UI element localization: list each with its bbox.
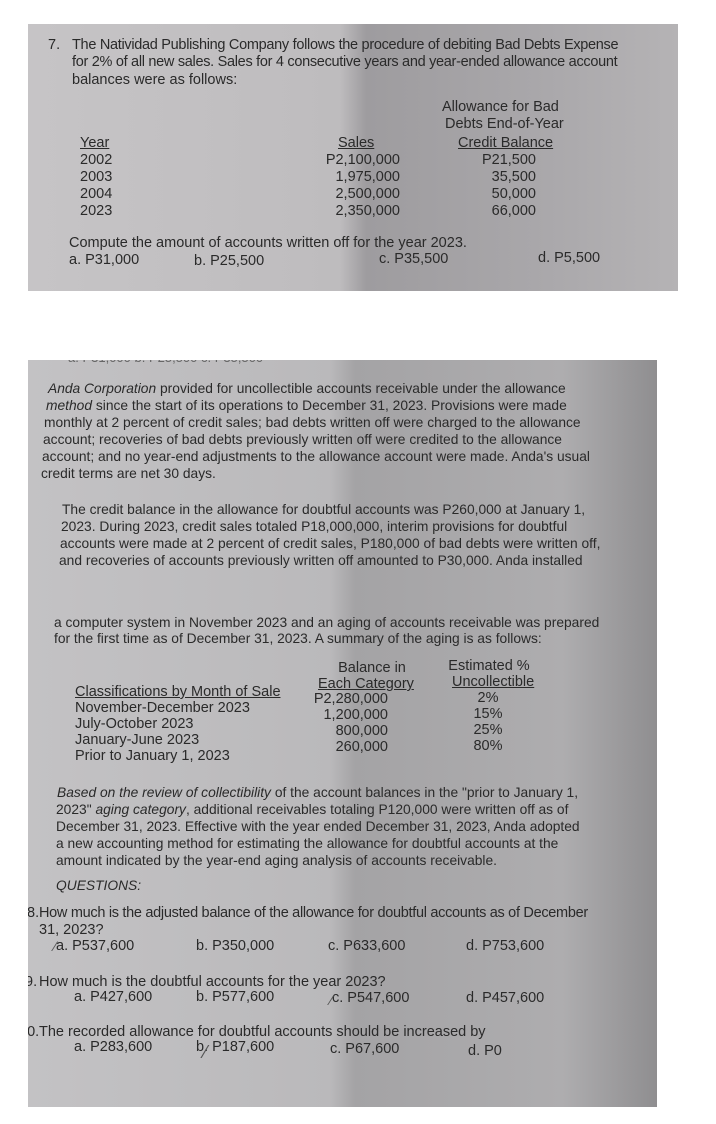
row-balance: 35,500 [448,169,536,186]
p4-line1: Based on the review of collectibility of… [57,784,578,801]
row-balance: 50,000 [448,186,536,203]
aging-class: July-October 2023 [75,716,193,733]
header-balance-l1: Balance in [312,660,432,677]
p2-line2: 2023. During 2023, credit sales totaled … [61,518,567,535]
q7-text-line1: The Natividad Publishing Company follows… [72,37,618,54]
questions-label: QUESTIONS: [56,877,141,894]
q7-choice-c: c. P35,500 [379,251,448,268]
q9-choice-b: b. P577,600 [196,989,274,1006]
check-mark-icon: ⁄ [330,992,332,1008]
q7-text-line2: for 2% of all new sales. Sales for 4 con… [72,54,617,71]
q7-text-line3: balances were as follows: [72,72,237,89]
header-allowance-l3: Credit Balance [458,135,553,152]
q8-choice-c: c. P633,600 [328,938,405,955]
row-year: 2002 [80,152,112,169]
aging-pct: 2% [458,690,518,707]
q7-choice-a: a. P31,000 [69,252,139,269]
intro-line6: credit terms are net 30 days. [41,465,216,482]
aging-class: November-December 2023 [75,700,250,717]
p3-line2: for the first time as of December 31, 20… [54,630,542,647]
q9-number: 9. [28,974,37,991]
q10-choice-a: a. P283,600 [74,1039,152,1056]
intro-line2: method since the start of its operations… [46,397,567,414]
q9-choice-a: a. P427,600 [74,989,152,1006]
q9-choice-d: d. P457,600 [466,990,544,1007]
q8-text-line2: 31, 2023? [39,922,104,939]
aging-pct: 80% [458,738,518,755]
anda-case-photo: a. P31,000 b. P25,500 c. P35,500 Anda Co… [28,360,657,1107]
header-pct-l2: Uncollectible [452,674,534,691]
row-year: 2003 [80,169,112,186]
q10-choice-b: b. P187,600 [196,1039,274,1056]
q7-choice-b: b. P25,500 [194,253,264,270]
p4-line4: a new accounting method for estimating t… [56,835,558,852]
check-mark-icon: ⁄ [204,1042,207,1063]
intro-line1: Anda Corporation provided for uncollecti… [48,380,566,397]
aging-balance: 800,000 [278,723,388,740]
row-sales: 1,975,000 [290,169,400,186]
header-class: Classifications by Month of Sale [75,684,281,701]
header-pct-l1: Estimated % [434,658,544,675]
aging-pct: 25% [458,722,518,739]
aging-balance: 260,000 [278,739,388,756]
row-sales: P2,100,000 [290,152,400,169]
row-year: 2023 [80,203,112,220]
row-balance: 66,000 [448,203,536,220]
row-balance: P21,500 [448,152,536,169]
header-allowance-l2: Debts End-of-Year [445,116,564,133]
aging-class: January-June 2023 [75,732,199,749]
q8-choice-d: d. P753,600 [466,938,544,955]
q10-choice-c: c. P67,600 [330,1041,399,1058]
aging-balance: 1,200,000 [278,707,388,724]
q8-choice-a: a. P537,600 [56,938,134,955]
row-year: 2004 [80,186,112,203]
q7-choice-d: d. P5,500 [538,250,600,267]
p4-line2: 2023" aging category, additional receiva… [56,801,568,818]
cutoff-previous-choices: a. P31,000 b. P25,500 c. P35,500 [68,360,263,366]
intro-line5: account; and no year-end adjustments to … [42,448,590,465]
aging-pct: 15% [458,706,518,723]
intro-line4: account; recoveries of bad debts previou… [43,431,562,448]
aging-balance: P2,280,000 [278,691,388,708]
q8-number: 8. [28,905,39,922]
q7-prompt: Compute the amount of accounts written o… [69,235,467,252]
check-mark-icon: ⁄ [54,938,56,954]
p2-line4: and recoveries of accounts previously wr… [59,552,583,569]
p4-line3: December 31, 2023. Effective with the ye… [56,818,580,835]
p4-line5: amount indicated by the year-end aging a… [56,852,497,869]
p3-line1: a computer system in November 2023 and a… [54,614,599,631]
q7-number: 7. [48,37,60,54]
p2-line3: accounts were made at 2 percent of credi… [60,535,600,552]
header-year: Year [80,135,109,152]
q8-choice-b: b. P350,000 [196,938,274,955]
header-allowance-l1: Allowance for Bad [442,99,559,116]
row-sales: 2,500,000 [290,186,400,203]
p2-line1: The credit balance in the allowance for … [62,501,585,518]
intro-line3: monthly at 2 percent of credit sales; ba… [44,414,581,431]
q9-choice-c: c. P547,600 [332,990,409,1007]
row-sales: 2,350,000 [290,203,400,220]
aging-class: Prior to January 1, 2023 [75,748,230,765]
question-7-photo: 7. The Natividad Publishing Company foll… [28,24,678,291]
q10-choice-d: d. P0 [468,1043,502,1060]
q10-number: 10. [28,1024,39,1041]
q8-text-line1: How much is the adjusted balance of the … [39,905,588,922]
header-sales: Sales [338,135,374,152]
